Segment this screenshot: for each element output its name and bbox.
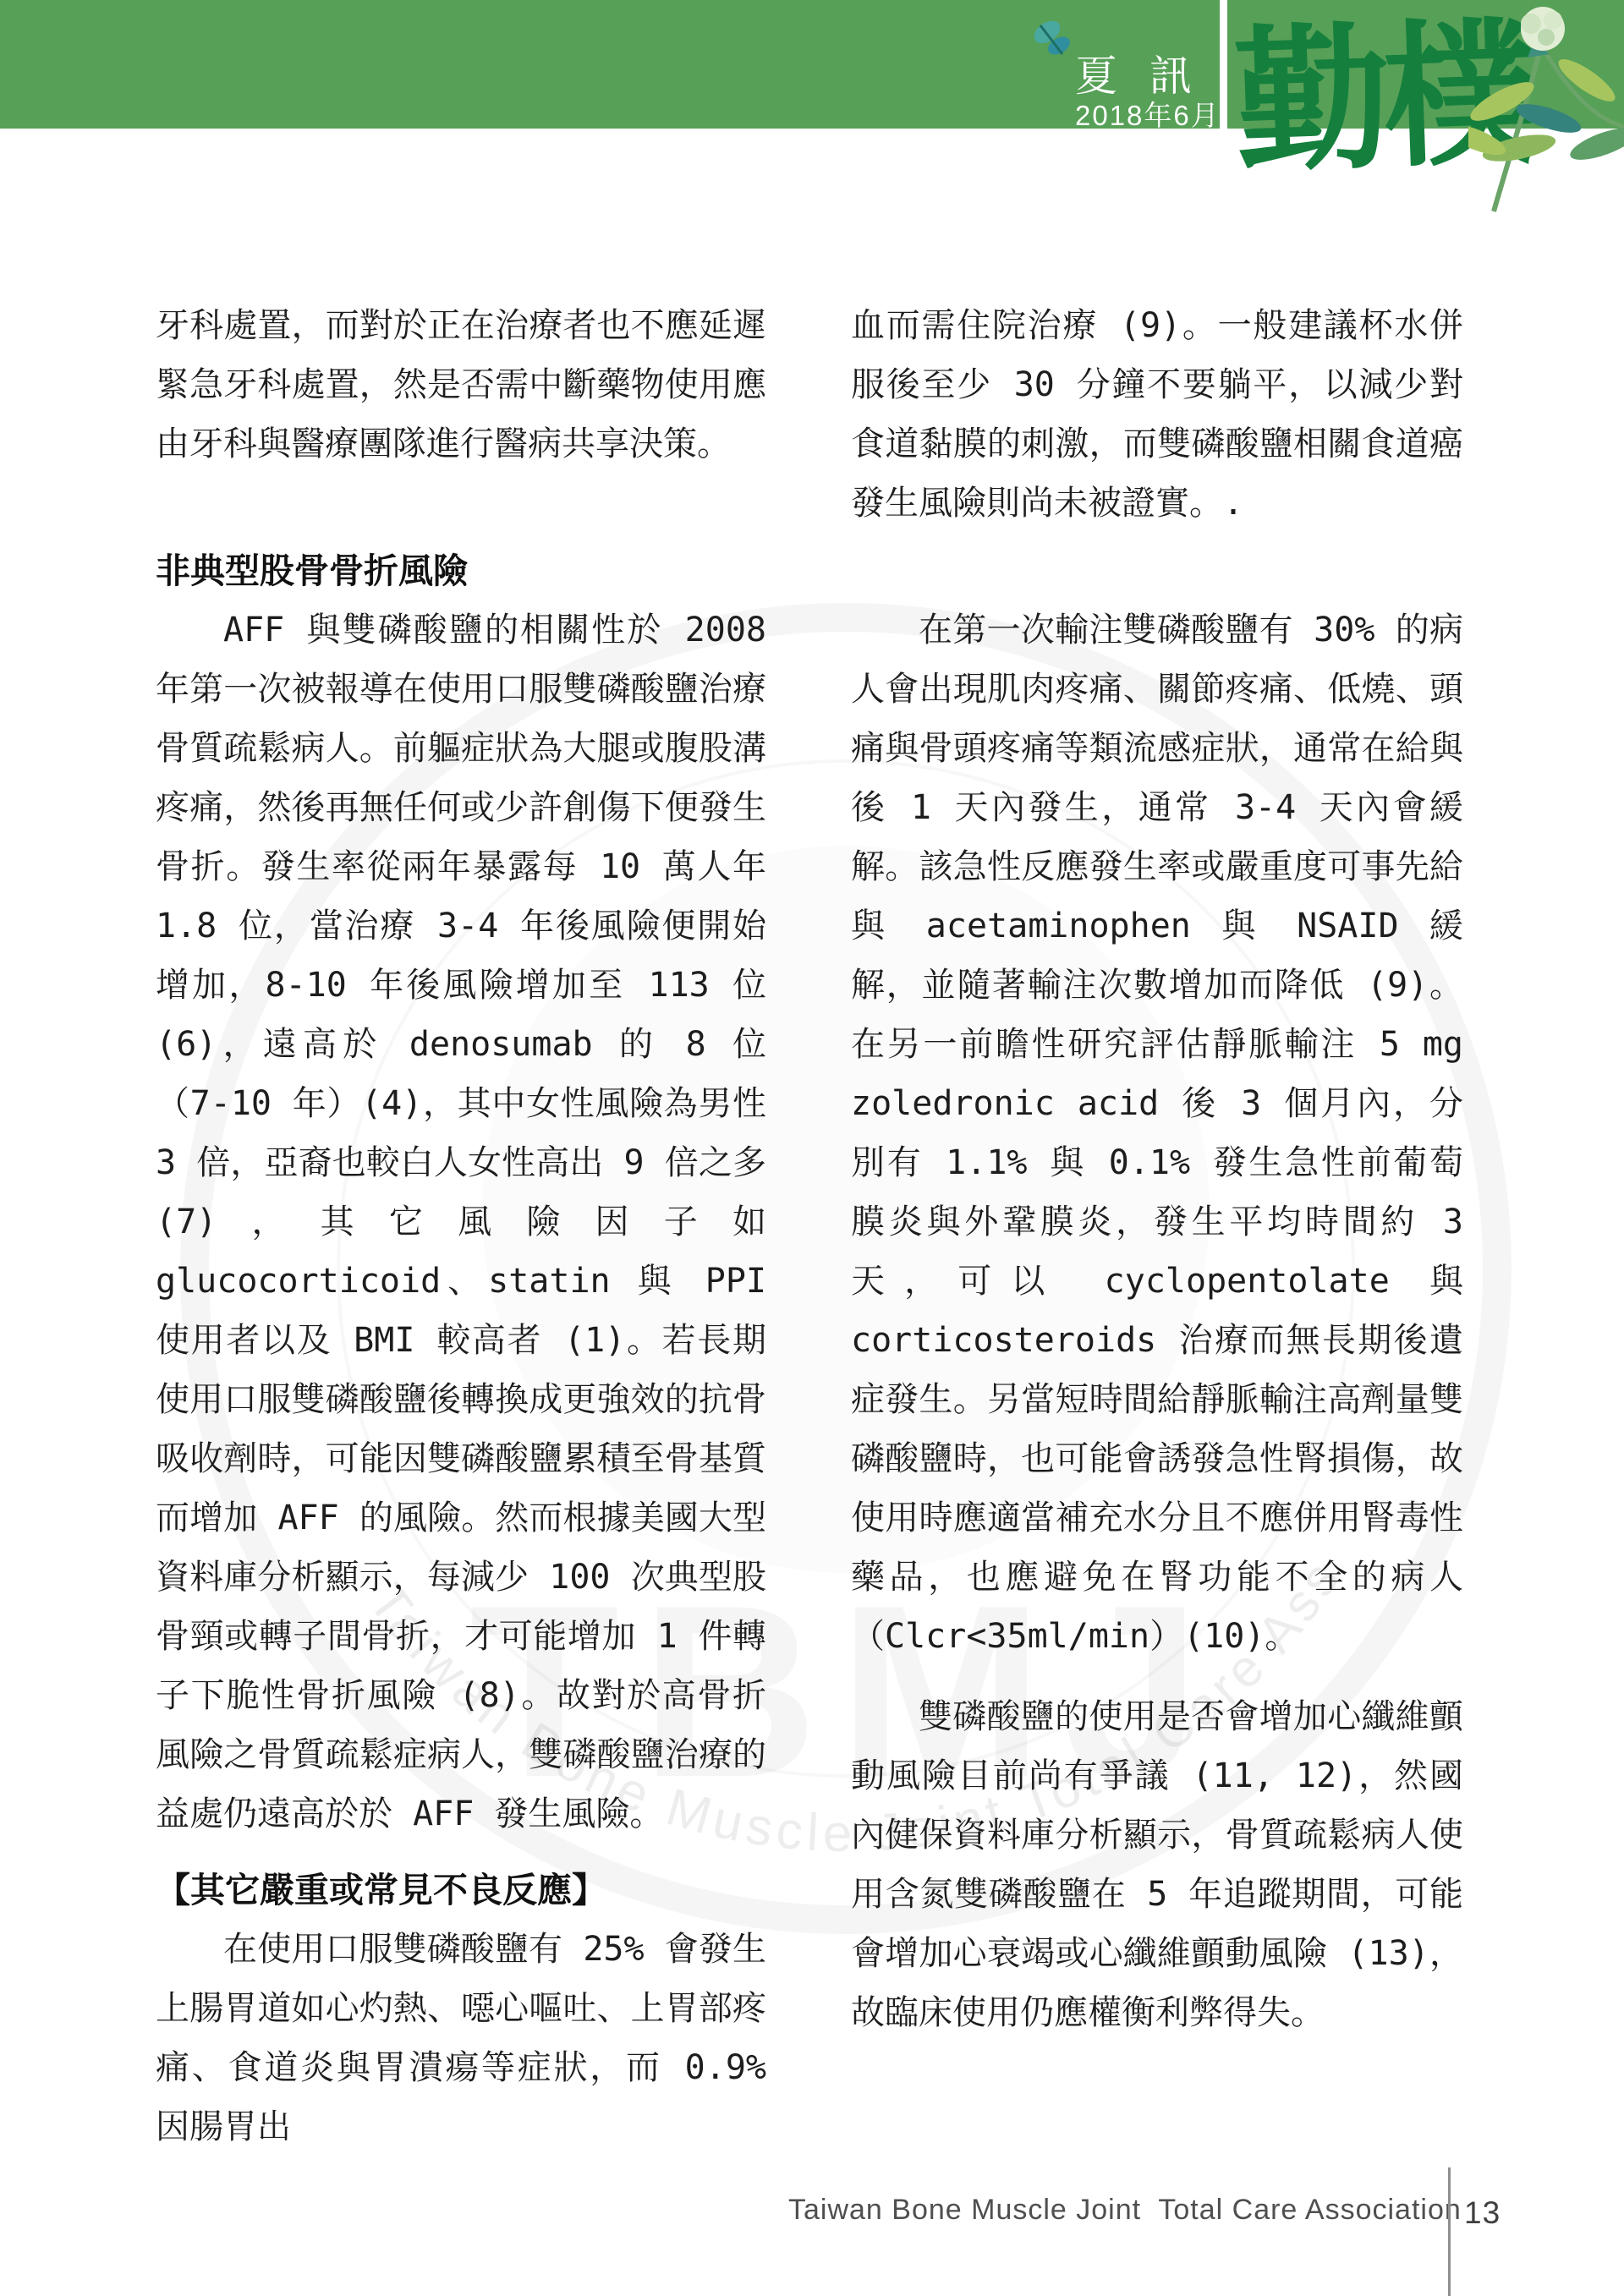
- left-paragraph-3: 在使用口服雙磷酸鹽有 25% 會發生上腸胃道如心灼熱、噁心嘔吐、上胃部疼痛、食道…: [156, 1920, 766, 2156]
- right-paragraph-3: 雙磷酸鹽的使用是否會增加心纖維顫動風險目前尚有爭議 (11, 12)，然國內健保…: [851, 1687, 1463, 2042]
- flower-illustration: [1468, 0, 1624, 224]
- left-heading-adverse-reactions: 【其它嚴重或常見不良反應】: [156, 1860, 766, 1920]
- left-paragraph-2: AFF 與雙磷酸鹽的相關性於 2008 年第一次被報導在使用口服雙磷酸鹽治療骨質…: [156, 600, 766, 1844]
- footer-association-name: Taiwan Bone Muscle Joint Total Care Asso…: [788, 2194, 1462, 2227]
- issue-date: 2018年6月: [1075, 94, 1221, 134]
- footer-divider: [1448, 2167, 1451, 2296]
- page-number: 13: [1464, 2195, 1501, 2231]
- butterfly-icon: [1029, 14, 1081, 69]
- right-paragraph-2: 在第一次輸注雙磷酸鹽有 30% 的病人會出現肌肉疼痛、關節疼痛、低燒、頭痛與骨頭…: [851, 600, 1463, 1666]
- right-paragraph-1: 血而需住院治療 (9)。一般建議杯水併服後至少 30 分鐘不要躺平，以減少對食道…: [851, 296, 1463, 533]
- left-paragraph-1: 牙科處置，而對於正在治療者也不應延遲緊急牙科處置，然是否需中斷藥物使用應由牙科與…: [156, 296, 766, 474]
- left-heading-atypical-fracture: 非典型股骨骨折風險: [156, 541, 766, 600]
